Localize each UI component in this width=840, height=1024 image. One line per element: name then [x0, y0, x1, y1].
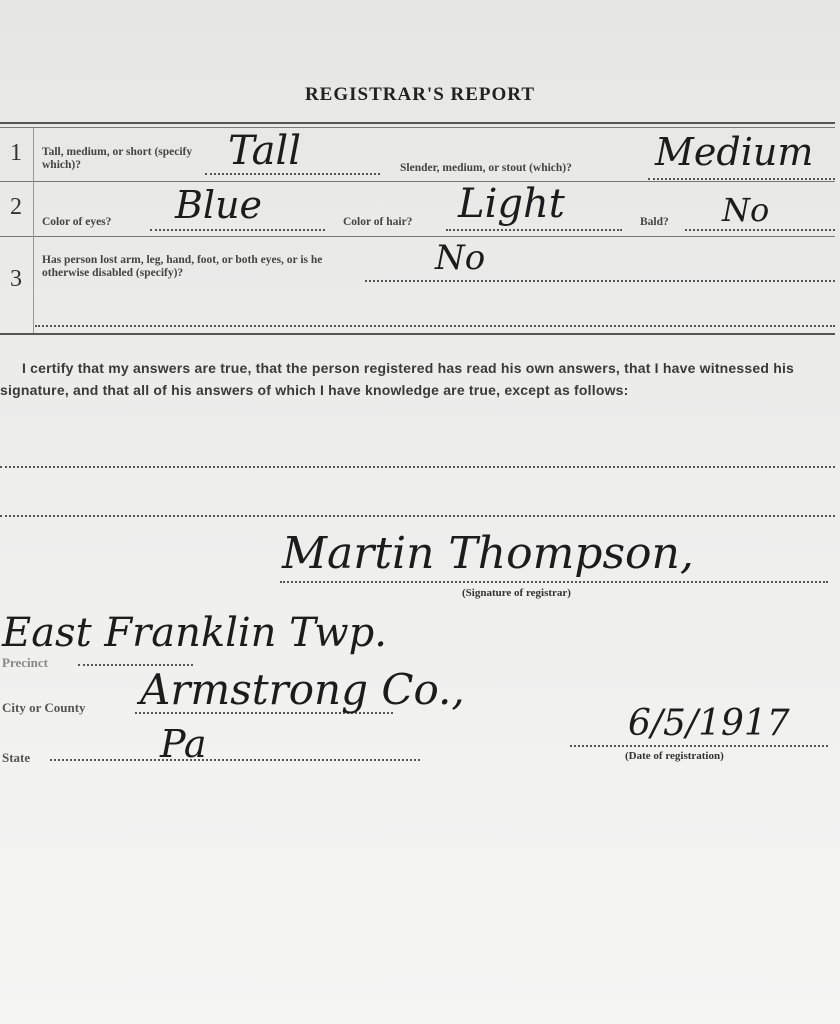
row-divider-2 [0, 236, 835, 237]
disability-value[interactable]: No [435, 238, 485, 278]
eye-color-value[interactable]: Blue [175, 183, 262, 227]
height-value[interactable]: Tall [228, 128, 301, 174]
signature-caption: (Signature of registrar) [462, 587, 571, 599]
disability-field-line [365, 280, 835, 282]
exception-line-2[interactable] [0, 515, 835, 517]
build-value[interactable]: Medium [655, 130, 813, 174]
table-bottom-rule [0, 333, 835, 335]
row-number: 2 [10, 194, 22, 221]
certification-text: I certify that my answers are true, that… [0, 357, 830, 401]
row-number: 1 [10, 140, 22, 167]
state-value[interactable]: Pa [160, 722, 207, 766]
date-caption: (Date of registration) [625, 750, 724, 762]
disability-label: Has person lost arm, leg, hand, foot, or… [42, 254, 362, 280]
bald-label: Bald? [640, 216, 669, 229]
hair-color-value[interactable]: Light [458, 181, 565, 227]
state-label: State [2, 750, 30, 766]
bald-value[interactable]: No [722, 191, 769, 229]
hair-color-field-line [446, 229, 622, 231]
disability-field-line-2 [35, 325, 835, 327]
city-county-label: City or County [2, 700, 86, 716]
row-number: 3 [10, 266, 22, 293]
height-label: Tall, medium, or short (specify which)? [42, 146, 212, 172]
precinct-value[interactable]: East Franklin Twp. [2, 610, 387, 656]
table-top-rule-inner [0, 127, 835, 128]
date-field-line [570, 745, 828, 747]
table-top-rule [0, 122, 835, 124]
signature-line [280, 581, 828, 583]
row-divider-1 [0, 181, 835, 182]
city-county-value[interactable]: Armstrong Co., [140, 665, 465, 714]
registrar-report-page: REGISTRAR'S REPORT 1 Tall, medium, or sh… [0, 0, 840, 1024]
eye-color-field-line [150, 229, 325, 231]
state-field-line [50, 759, 420, 761]
registrar-signature[interactable]: Martin Thompson, [282, 528, 694, 579]
build-field-line [648, 178, 835, 180]
build-label: Slender, medium, or stout (which)? [400, 162, 572, 175]
precinct-label: Precinct [2, 655, 48, 671]
eye-color-label: Color of eyes? [42, 216, 111, 229]
hair-color-label: Color of hair? [343, 216, 412, 229]
exception-line-1[interactable] [0, 466, 835, 468]
page-title: REGISTRAR'S REPORT [0, 84, 840, 106]
registration-date-value[interactable]: 6/5/1917 [628, 703, 790, 744]
bald-field-line [685, 229, 835, 231]
number-column-divider [33, 128, 34, 333]
